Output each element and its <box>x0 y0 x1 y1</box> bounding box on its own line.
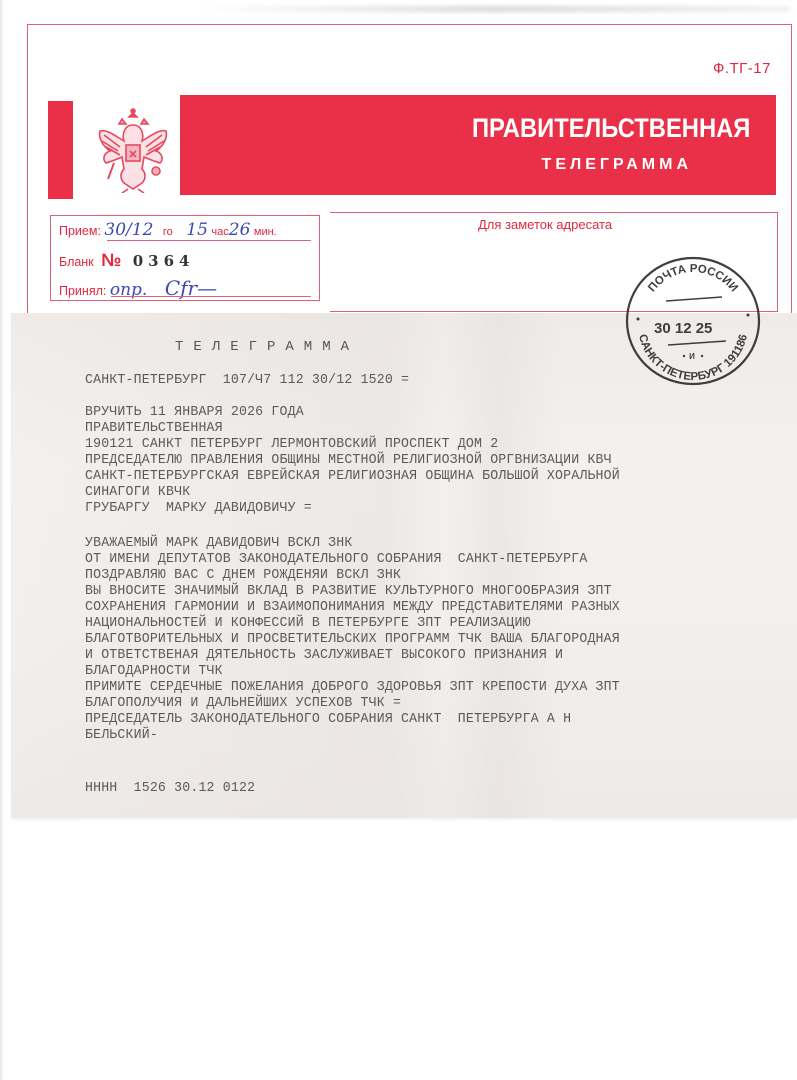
telegram-line: ПРАВИТЕЛЬСТВЕННАЯ <box>85 420 223 436</box>
telegram-line: ВЫ ВНОСИТЕ ЗНАЧИМЫЙ ВКЛАД В РАЗВИТИЕ КУЛ… <box>85 583 612 599</box>
blank-label: Бланк <box>59 255 94 269</box>
blank-row: Бланк № 0364 <box>59 250 194 271</box>
hour-label: час <box>211 226 228 238</box>
svg-text:ПОЧТА РОССИИ: ПОЧТА РОССИИ <box>646 263 740 294</box>
telegram-line: СОХРАНЕНИЯ ГАРМОНИИ И ВЗАИМОПОНИМАНИЯ МЕ… <box>85 599 620 615</box>
banner-left-stub <box>48 101 73 199</box>
telegram-line: ПРИМИТЕ СЕРДЕЧНЫЕ ПОЖЕЛАНИЯ ДОБРОГО ЗДОР… <box>85 679 620 695</box>
telegram-line: ПРЕДСЕДАТЕЛЬ ЗАКОНОДАТЕЛЬНОГО СОБРАНИЯ С… <box>85 711 571 727</box>
postal-stamp-icon: ПОЧТА РОССИИ САНКТ-ПЕТЕРБУРГ 191186 30 1… <box>622 253 764 389</box>
banner: ПРАВИТЕЛЬСТВЕННАЯ ТЕЛЕГРАММА <box>180 95 776 195</box>
telegram-line: БЕЛЬСКИЙ- <box>85 727 158 743</box>
received-label: Прием: <box>59 224 101 238</box>
received-row: Прием: 30/12 го 15 час26 мин. <box>59 220 277 240</box>
telegram-line: БЛАГОПОЛУЧИЯ И ДАЛЬНЕЙШИХ УСПЕХОВ ТЧК = <box>85 695 401 711</box>
telegram-line: ГРУБАРГУ МАРКУ ДАВИДОВИЧУ = <box>85 500 312 516</box>
minute-label: мин. <box>254 226 277 238</box>
accepted-underline <box>111 296 311 297</box>
banner-subtitle: ТЕЛЕГРАММА <box>542 156 692 174</box>
telegram-line: ПОЗДРАВЛЯЮ ВАС С ДНЕМ РОЖДЕНЯИ ВСКЛ ЗНК <box>85 567 401 583</box>
coat-of-arms-icon <box>94 107 172 193</box>
telegram-line: БЛАГОДАРНОСТИ ТЧК <box>85 663 223 679</box>
telegram-line: ПРЕДСЕДАТЕЛЮ ПРАВЛЕНИЯ ОБЩИНЫ МЕСТНОЙ РЕ… <box>85 452 612 468</box>
received-underline <box>107 240 311 241</box>
stamp-index-letter: И <box>689 352 695 361</box>
intake-box: Прием: 30/12 го 15 час26 мин. Бланк № 03… <box>50 215 320 301</box>
telegram-line: НАЦИОНАЛЬНОСТЕЙ И КОНФЕССИЙ В ПЕТЕРБУРГЕ… <box>85 615 531 631</box>
notes-label: Для заметок адресата <box>478 217 612 232</box>
blank-number: 0364 <box>133 252 195 270</box>
received-minute: 26 <box>229 220 251 240</box>
telegram-line: УВАЖАЕМЫЙ МАРК ДАВИДОВИЧ ВСКЛ ЗНК <box>85 535 352 551</box>
year-label: го <box>163 226 173 238</box>
stamp-date: 30 12 25 <box>654 320 712 337</box>
telegram-line: БЛАГОТВОРИТЕЛЬНЫХ И ПРОСВЕТИТЕЛЬСКИХ ПРО… <box>85 631 620 647</box>
stamp-top-text: ПОЧТА РОССИИ <box>646 263 740 294</box>
received-date: 30/12 <box>104 220 153 240</box>
telegram-line: СИНАГОГИ КВЧК <box>85 484 190 500</box>
received-hour: 15 <box>186 220 208 240</box>
telegram-line: 190121 САНКТ ПЕТЕРБУРГ ЛЕРМОНТОВСКИЙ ПРО… <box>85 436 498 452</box>
telegram-line: И ОТВЕТСТВЕНАЯ ДЯТЕЛЬНОСТЬ ЗАСЛУЖИВАЕТ В… <box>85 647 563 663</box>
telegram-line: САНКТ-ПЕТЕРБУРГ 107/Ч7 112 30/12 1520 = <box>85 372 409 388</box>
scan-shadow <box>200 6 790 12</box>
page-edge <box>0 0 4 1080</box>
telegram-line: САНКТ-ПЕТЕРБУРГСКАЯ ЕВРЕЙСКАЯ РЕЛИГИОЗНА… <box>85 468 620 484</box>
accepted-label: Принял: <box>59 284 106 298</box>
telegram-line: ВРУЧИТЬ 11 ЯНВАРЯ 2026 ГОДА <box>85 404 304 420</box>
form-code: Ф.ТГ-17 <box>713 60 771 77</box>
accepted-by: опр. <box>110 280 147 300</box>
telegram-line: ОТ ИМЕНИ ДЕПУТАТОВ ЗАКОНОДАТЕЛЬНОГО СОБР… <box>85 551 587 567</box>
number-sign: № <box>101 250 121 270</box>
banner-title: ПРАВИТЕЛЬСТВЕННАЯ <box>472 113 750 144</box>
telegram-footer: НННН 1526 30.12 0122 <box>85 780 255 796</box>
telegram-heading: ТЕЛЕГРАММА <box>175 339 359 355</box>
